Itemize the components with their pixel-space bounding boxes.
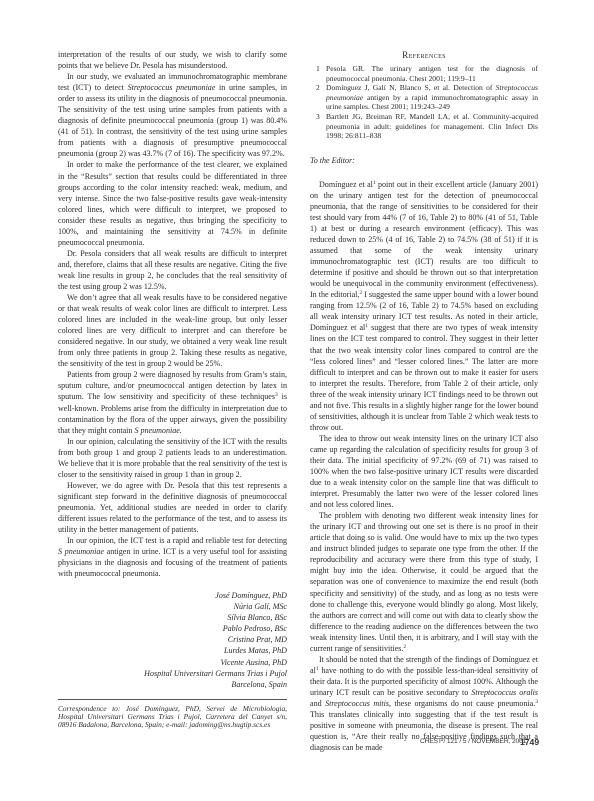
italic-term: Streptococcus mitis xyxy=(325,699,389,708)
citation-superscript: 2 xyxy=(403,644,406,650)
text-run: This translates clinically into suggesti… xyxy=(310,710,538,752)
right-body-text: Domínguez et al1 point out in their exce… xyxy=(310,179,538,753)
text-run: In order to make the performance of the … xyxy=(58,160,287,246)
page-number: 1749 xyxy=(520,737,539,747)
paragraph: In our opinion, calculating the sensitiv… xyxy=(58,436,287,480)
paragraph: We don’t agree that all weak results hav… xyxy=(58,292,287,369)
text-run: The idea to throw out weak intensity lin… xyxy=(310,434,538,509)
footnote-divider xyxy=(58,699,287,700)
text-run: Pesola GR. The urinary antigen test for … xyxy=(326,64,538,83)
signature-line: Lurdes Matas, PhD xyxy=(58,645,287,656)
paragraph: However, we do agree with Dr. Pesola tha… xyxy=(58,480,287,535)
reference-item: 3Bartlett JG, Breiman RF, Mandell LA, et… xyxy=(310,112,538,141)
paragraph: The idea to throw out weak intensity lin… xyxy=(310,433,538,510)
paragraph: In order to make the performance of the … xyxy=(58,159,287,247)
salutation: To the Editor: xyxy=(310,155,538,166)
left-body-text: interpretation of the results of our stu… xyxy=(58,49,287,579)
signature-line: Sílvia Blanco, BSc xyxy=(58,612,287,623)
journal-info: CHEST / 121 / 5 / NOVEMBER, 2001 xyxy=(420,738,526,745)
text-run: In our opinion, the ICT test is a rapid … xyxy=(67,536,287,545)
text-run: We don’t agree that all weak results hav… xyxy=(58,293,287,368)
signature-line: Barcelona, Spain xyxy=(58,679,287,690)
paragraph: interpretation of the results of our stu… xyxy=(58,49,287,71)
text-run: Dr. Pesola considers that all weak resul… xyxy=(58,249,287,291)
reference-list: 1Pesola GR. The urinary antigen test for… xyxy=(310,64,538,141)
paragraph: In our opinion, the ICT test is a rapid … xyxy=(58,535,287,579)
citation-superscript: 3 xyxy=(535,699,538,705)
reference-number: 2 xyxy=(316,83,320,93)
paragraph: Domínguez et al1 point out in their exce… xyxy=(310,179,538,433)
signature-line: Pablo Pedroso, BSc xyxy=(58,623,287,634)
paragraph: Dr. Pesola considers that all weak resul… xyxy=(58,248,287,292)
paragraph: In our study, we evaluated an immunochro… xyxy=(58,71,287,159)
right-column: References 1Pesola GR. The urinary antig… xyxy=(310,49,538,753)
italic-term: Streptococcus oralis xyxy=(471,688,538,697)
left-column: interpretation of the results of our stu… xyxy=(58,49,287,730)
italic-term: S pneumoniae xyxy=(58,547,104,556)
italic-term: S pneumoniae. xyxy=(134,426,181,435)
text-run: Bartlett JG, Breiman RF, Mandell LA, et … xyxy=(326,112,538,140)
text-run: and xyxy=(310,699,325,708)
text-run: However, we do agree with Dr. Pesola tha… xyxy=(58,481,287,534)
author-signatures: José Domínguez, PhDNúria Galí, MScSílvia… xyxy=(58,590,287,689)
signature-line: José Domínguez, PhD xyxy=(58,590,287,601)
signature-line: Núria Galí, MSc xyxy=(58,601,287,612)
reference-number: 3 xyxy=(316,112,320,122)
text-run: , these organisms do not cause pneumonia… xyxy=(389,699,535,708)
paragraph: The problem with denoting two different … xyxy=(310,510,538,654)
signature-line: Hospital Universitari Germans Trias i Pu… xyxy=(58,668,287,679)
reference-item: 1Pesola GR. The urinary antigen test for… xyxy=(310,64,538,83)
text-run: Domínguez et al xyxy=(319,180,373,189)
signature-line: Vicente Ausina, PhD xyxy=(58,657,287,668)
text-run: Patients from group 2 were diagnosed by … xyxy=(58,370,287,401)
text-run: interpretation of the results of our stu… xyxy=(58,50,287,70)
text-run: point out in their excellent article (Ja… xyxy=(310,180,538,299)
correspondence-note: Correspondence to: José Domínguez, PhD, … xyxy=(58,705,287,730)
reference-number: 1 xyxy=(316,64,320,74)
journal-page: interpretation of the results of our stu… xyxy=(0,0,594,801)
reference-item: 2Domínguez J, Galí N, Blanco S, et al. D… xyxy=(310,83,538,112)
paragraph: Patients from group 2 were diagnosed by … xyxy=(58,369,287,435)
text-run: In our opinion, calculating the sensitiv… xyxy=(58,437,287,479)
references-heading: References xyxy=(310,50,538,61)
text-run: Domínguez J, Galí N, Blanco S, et al. De… xyxy=(326,83,496,92)
signature-line: Cristina Prat, MD xyxy=(58,634,287,645)
text-run: suggest that there are two types of weak… xyxy=(310,323,538,431)
text-run: The problem with denoting two different … xyxy=(310,511,538,653)
text-run: in urine samples, in order to assess its… xyxy=(58,83,287,158)
italic-term: Streptococcus pneumoniae xyxy=(128,83,216,92)
